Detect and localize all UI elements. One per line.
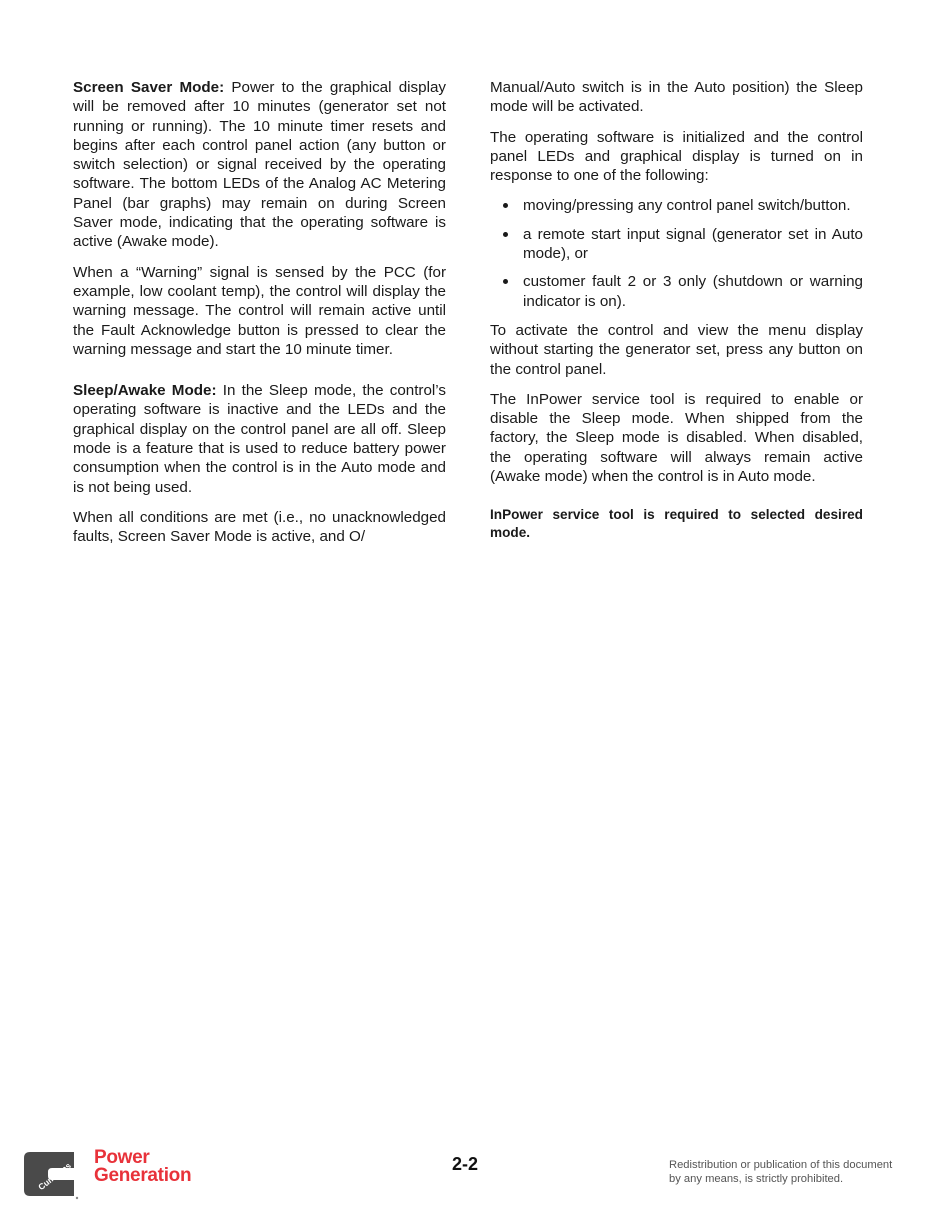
left-column: Screen Saver Mode: Power to the graphica… — [73, 78, 446, 558]
sleep-awake-mode-heading: Sleep/Awake Mode: — [73, 382, 217, 399]
list-item: a remote start input signal (generator s… — [490, 225, 863, 264]
legal-notice: Redistribution or publication of this do… — [669, 1158, 892, 1186]
inpower-note: InPower service tool is required to sele… — [490, 506, 863, 542]
initialization-paragraph: The operating software is initialized an… — [490, 128, 863, 186]
wake-trigger-list: moving/pressing any control panel switch… — [490, 196, 863, 310]
list-item: moving/pressing any control panel switch… — [490, 196, 863, 215]
cummins-logo-icon: Cummins — [22, 1146, 82, 1202]
right-column: Manual/Auto switch is in the Auto positi… — [490, 78, 863, 553]
sleep-activation-paragraph: Manual/Auto switch is in the Auto positi… — [490, 78, 863, 117]
inpower-paragraph: The InPower service tool is required to … — [490, 390, 863, 486]
brand-line-2: Generation — [94, 1167, 191, 1185]
activate-control-paragraph: To activate the control and view the men… — [490, 321, 863, 379]
legal-line-1: Redistribution or publication of this do… — [669, 1158, 892, 1172]
conditions-paragraph: When all conditions are met (i.e., no un… — [73, 508, 446, 547]
sleep-awake-mode-text: In the Sleep mode, the control’s operati… — [73, 382, 446, 495]
sleep-awake-mode-paragraph: Sleep/Awake Mode: In the Sleep mode, the… — [73, 381, 446, 497]
legal-line-2: by any means, is strictly prohibited. — [669, 1172, 892, 1186]
screen-saver-mode-text: Power to the graphical display will be r… — [73, 79, 446, 250]
power-generation-brand: Power Generation — [94, 1149, 191, 1185]
list-item: customer fault 2 or 3 only (shutdown or … — [490, 272, 863, 311]
page-number: 2-2 — [452, 1154, 478, 1175]
screen-saver-mode-heading: Screen Saver Mode: — [73, 79, 224, 96]
warning-paragraph: When a “Warning” signal is sensed by the… — [73, 263, 446, 359]
screen-saver-mode-paragraph: Screen Saver Mode: Power to the graphica… — [73, 78, 446, 252]
